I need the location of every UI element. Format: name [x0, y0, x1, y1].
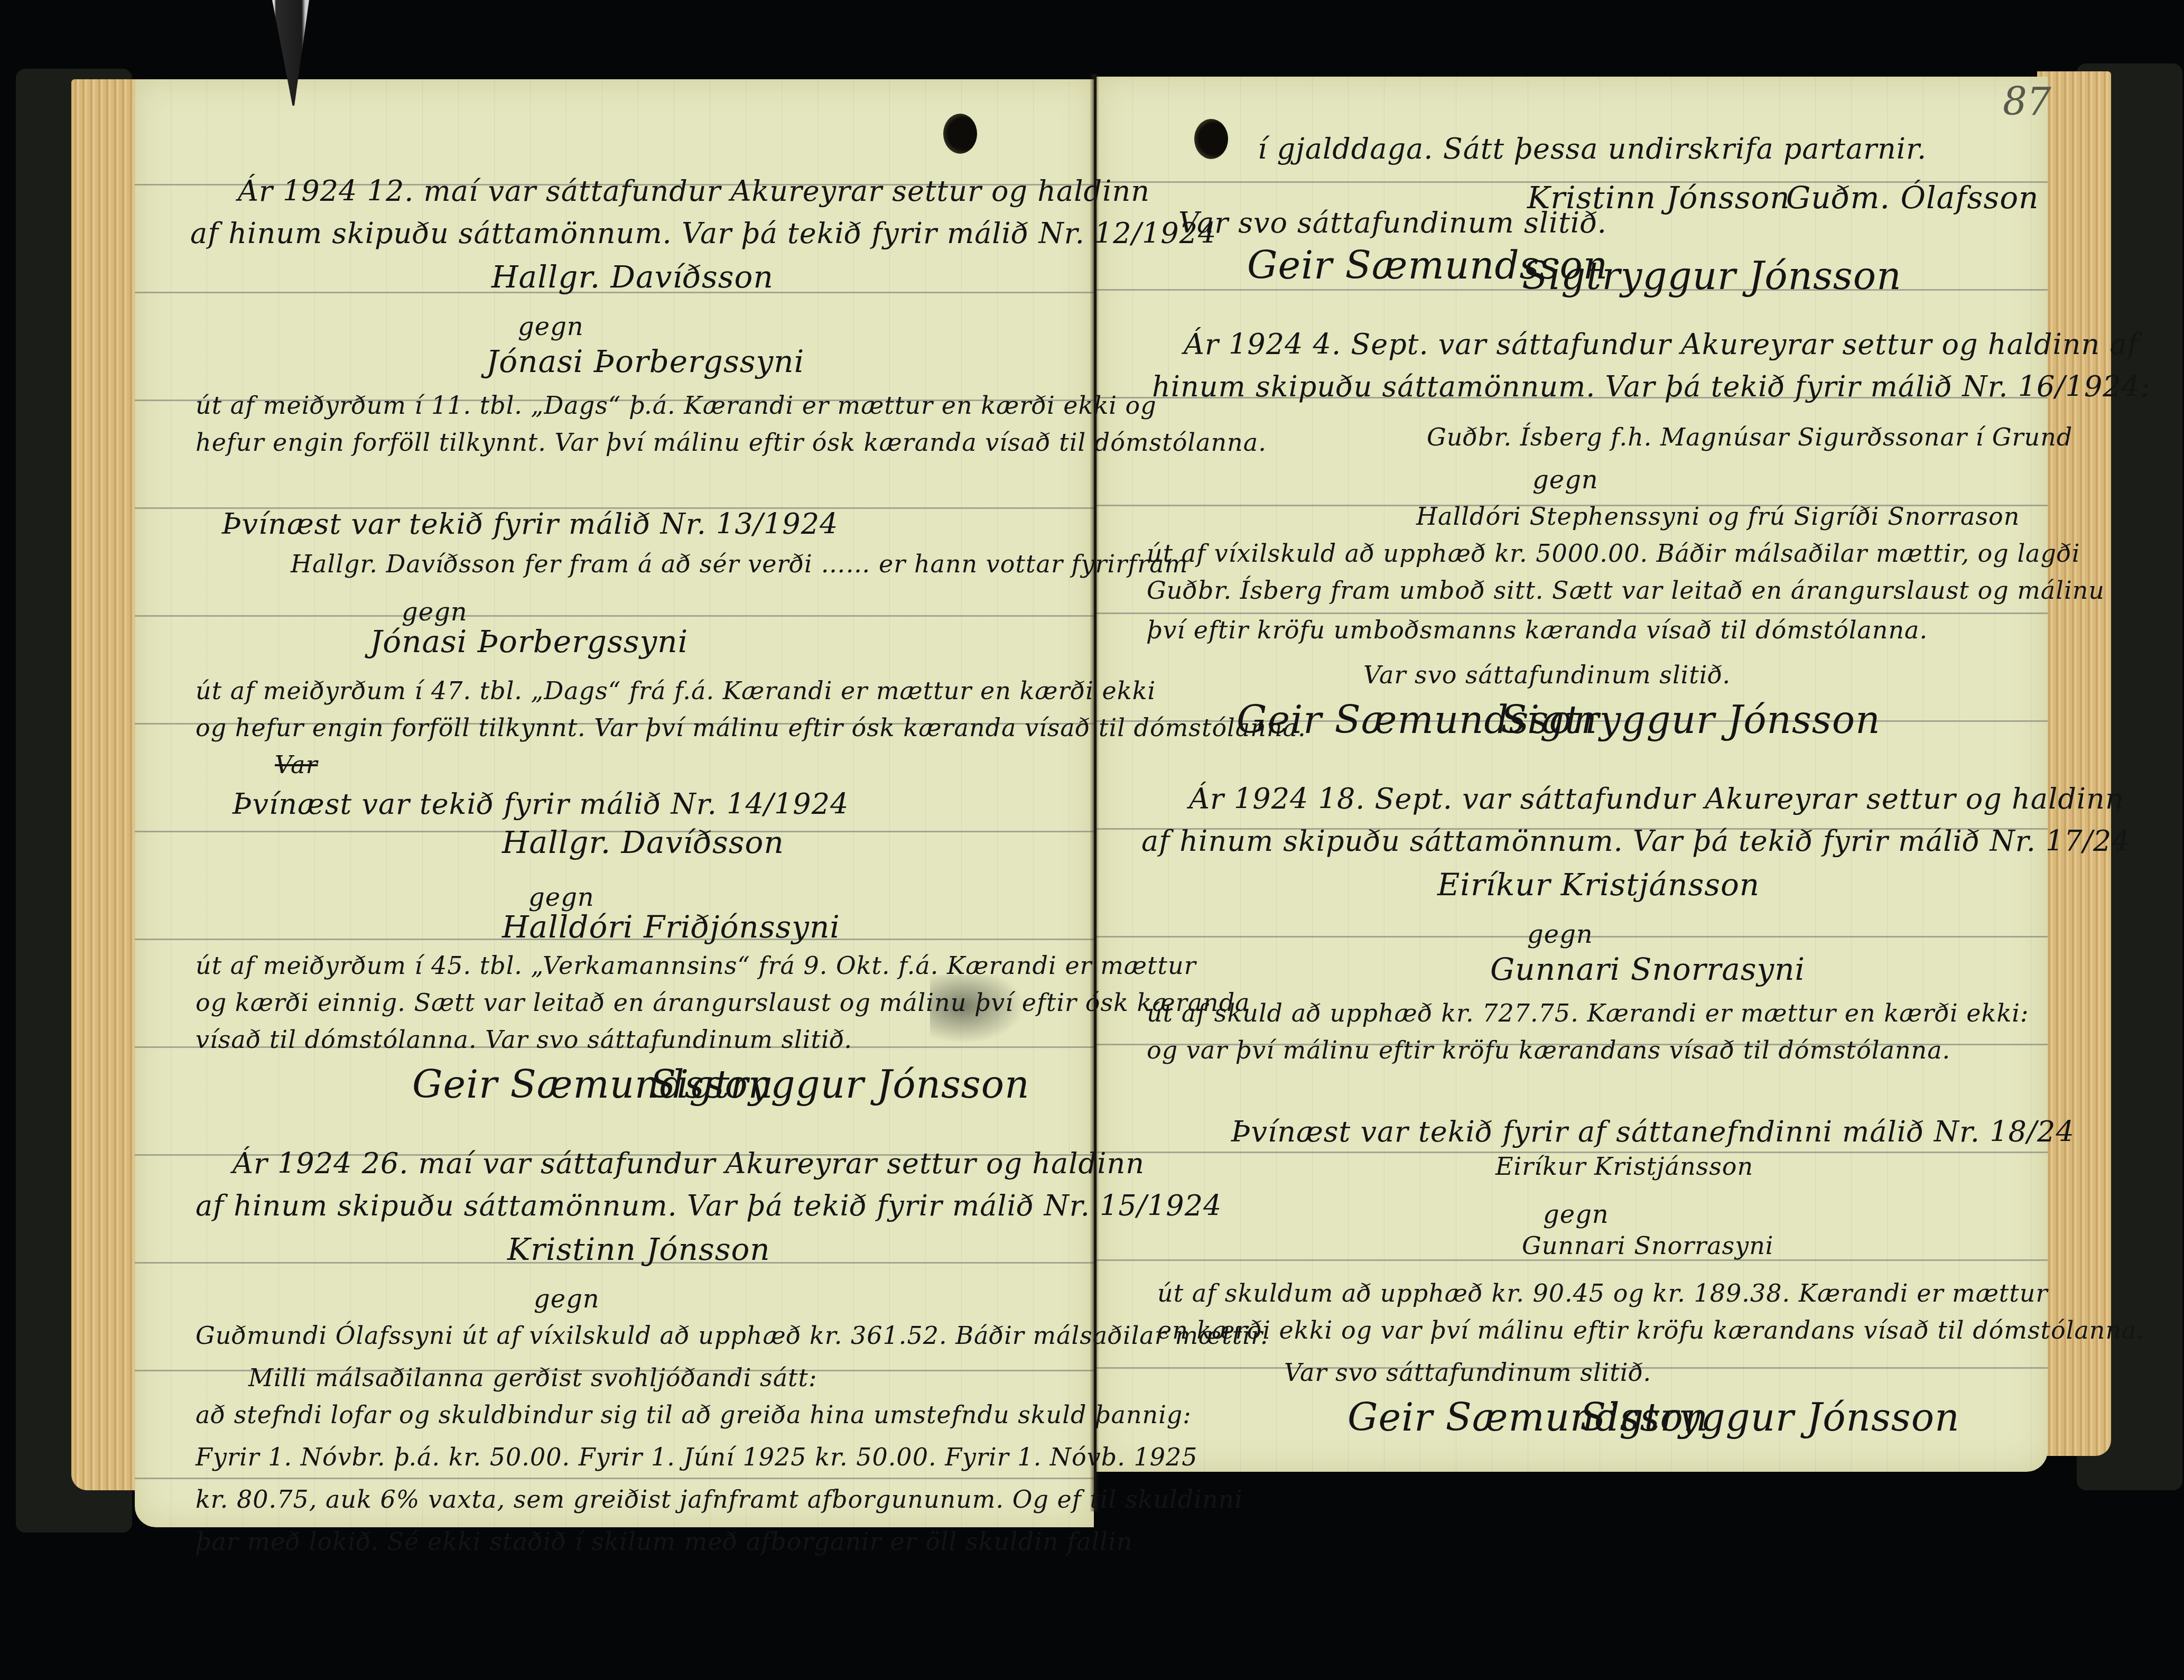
struck-word: Var [275, 750, 318, 779]
entry-body-line: Milli málsaðilanna gerðist svohljóðandi … [248, 1363, 817, 1392]
gegn-label: gegn [518, 312, 584, 341]
entry-body-line: út af skuldum að upphæð kr. 90.45 og kr.… [1157, 1279, 2048, 1307]
signature-member: Sigtryggur Jónsson [1522, 254, 1902, 298]
entry-heading-line: Ár 1924 4. Sept. var sáttafundur Akureyr… [1184, 328, 2139, 361]
plaintiff-name: Eiríkur Kristjánsson [1437, 867, 1760, 903]
entry-body-line: Guðbr. Ísberg fram umboð sitt. Sætt var … [1147, 576, 2105, 605]
page-edges-left [71, 79, 137, 1490]
defendant-name: Gunnari Snorrasyni [1490, 951, 1805, 987]
signature-member: Sigtryggur Jónsson [1580, 1395, 1960, 1440]
entry-body-line: út af meiðyrðum í 45. tbl. „Verkamannsin… [196, 951, 1196, 980]
gegn-label: gegn [1527, 920, 1593, 949]
entry-body-line: en kærði ekki og var því málinu eftir kr… [1157, 1316, 2145, 1344]
party-signature: Guðm. Ólafsson [1786, 180, 2039, 216]
closing-line: Var svo sáttafundinum slitið. [1178, 206, 1607, 239]
defendant-name: Gunnari Snorrasyni [1522, 1231, 1774, 1260]
entry-body-line: kr. 80.75, auk 6% vaxta, sem greiðist ja… [196, 1485, 1243, 1514]
book-gutter [1090, 74, 1099, 1511]
entry-body-line: út af meiðyrðum í 47. tbl. „Dags“ frá f.… [196, 676, 1156, 705]
signature-member: Sigtryggur Jónsson [650, 1062, 1030, 1107]
entry-heading-line: Þvínæst var tekið fyrir málið Nr. 14/192… [233, 787, 849, 821]
closing-line: Var svo sáttafundinum slitið. [1284, 1358, 1651, 1387]
entry-heading-line: hinum skipuðu sáttamönnum. Var þá tekið … [1152, 370, 2150, 403]
entry-body-line: út af meiðyrðum í 11. tbl. „Dags“ þ.á. K… [196, 391, 1157, 420]
page-number: 87 [2003, 79, 2051, 124]
entry-body-line: og var því málinu eftir kröfu kærandans … [1147, 1036, 1950, 1064]
plaintiff-name: Kristinn Jónsson [507, 1231, 770, 1267]
punch-hole-left-icon [943, 114, 977, 154]
entry-body-line: því eftir kröfu umboðsmanns kæranda vísa… [1147, 616, 1928, 644]
entry-heading-line: af hinum skipuðu sáttamönnum. Var þá tek… [1141, 824, 2131, 858]
punch-hole-right-icon [1194, 119, 1228, 159]
entry-body-line: Fyrir 1. Nóvbr. þ.á. kr. 50.00. Fyrir 1.… [196, 1443, 1198, 1471]
entry-body-line: og hefur engin forföll tilkynnt. Var því… [196, 713, 1306, 742]
defendant-name: Jónasi Þorbergssyni [486, 344, 804, 379]
plaintiff-name: Eiríkur Kristjánsson [1495, 1152, 1753, 1181]
defendant-name: Halldóri Stephenssyni og frú Sigríði Sno… [1416, 502, 2020, 531]
plaintiff-name: Hallgr. Davíðsson [491, 259, 774, 295]
entry-body-line: þar með lokið. Sé ekki staðið í skilum m… [196, 1527, 1132, 1556]
defendant-line: Guðmundi Ólafssyni út af víxilskuld að u… [196, 1321, 1269, 1350]
gegn-label: gegn [528, 883, 594, 912]
entry-body-line: hefur engin forföll tilkynnt. Var því má… [196, 428, 1267, 457]
entry-body-line: að stefndi lofar og skuldbindur sig til … [196, 1400, 1192, 1429]
entry-body-line: út af skuld að upphæð kr. 727.75. Kærand… [1147, 999, 2029, 1027]
entry-heading-line: Ár 1924 12. maí var sáttafundur Akureyra… [238, 174, 1150, 208]
defendant-name: Halldóri Friðjónssyni [502, 909, 840, 945]
entry-heading-line: Ár 1924 26. maí var sáttafundur Akureyra… [233, 1147, 1145, 1180]
entry-heading-line: af hinum skipuðu sáttamönnum. Var þá tek… [190, 217, 1216, 250]
entry-heading-line: af hinum skipuðu sáttamönnum. Var þá tek… [196, 1189, 1222, 1222]
gegn-label: gegn [534, 1284, 600, 1314]
plaintiff-name: Hallgr. Davíðsson [502, 824, 784, 860]
entry-body-line: og kærði einnig. Sætt var leitað en áran… [196, 988, 1250, 1017]
plaintiff-line: Hallgr. Davíðsson fer fram á að sér verð… [291, 550, 1188, 578]
continuation-line: í gjalddaga. Sátt þessa undirskrifa part… [1258, 132, 1927, 165]
signature-member: Sigtryggur Jónsson [1501, 698, 1881, 742]
page-edges-right [2037, 71, 2111, 1456]
gegn-label: gegn [1543, 1200, 1609, 1229]
gegn-label: gegn [402, 597, 468, 627]
closing-line: Var svo sáttafundinum slitið. [1363, 661, 1731, 689]
entry-heading-line: Þvínæst var tekið fyrir af sáttanefndinn… [1231, 1115, 2075, 1148]
entry-heading-line: Þvínæst var tekið fyrir málið Nr. 13/192… [222, 507, 838, 541]
defendant-name: Jónasi Þorbergssyni [370, 624, 688, 660]
gegn-label: gegn [1532, 465, 1598, 495]
entry-body-line: út af víxilskuld að upphæð kr. 5000.00. … [1147, 539, 2080, 568]
plaintiff-name: Guðbr. Ísberg f.h. Magnúsar Sigurðssonar… [1427, 423, 2073, 451]
entry-body-line: vísað til dómstólanna. Var svo sáttafund… [196, 1025, 852, 1054]
entry-heading-line: Ár 1924 18. Sept. var sáttafundur Akurey… [1189, 782, 2124, 815]
